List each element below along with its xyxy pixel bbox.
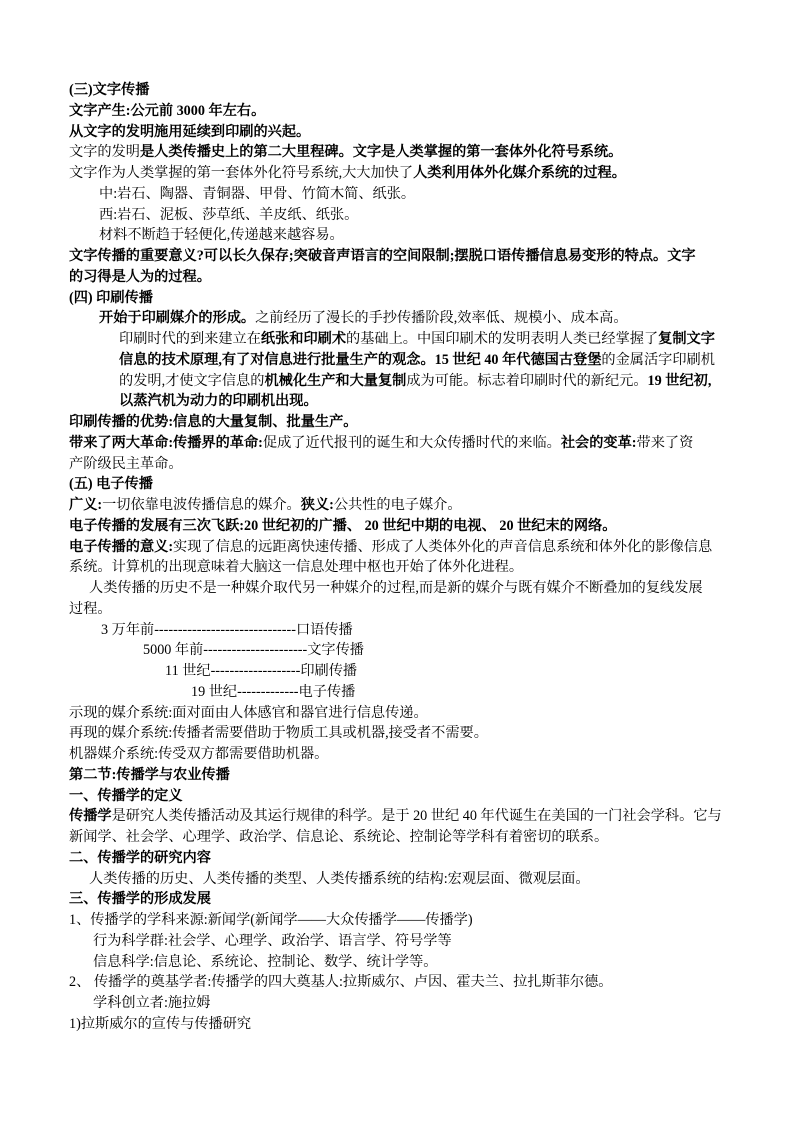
- bold-text-run: 复制文字: [658, 331, 715, 347]
- text-line: (五) 电子传播: [69, 474, 727, 495]
- text-line: 文字的发明是人类传播史上的第二大里程碑。文字是人类掌握的第一套体外化符号系统。: [69, 142, 727, 163]
- bold-text-run: 从文字的发明施用延续到印刷的兴起。: [69, 124, 310, 140]
- text-line: 11 世纪-------------------印刷传播: [69, 661, 727, 682]
- text-line: 二、传播学的研究内容: [69, 848, 727, 869]
- bold-text-run: 19 世纪初,: [648, 373, 712, 389]
- text-line: 西:岩石、泥板、莎草纸、羊皮纸、纸张。: [69, 205, 727, 226]
- text-run: 带来了资: [637, 435, 694, 451]
- text-line: 文字作为人类掌握的第一套体外化符号系统,大大加快了人类利用体外化媒介系统的过程。: [69, 163, 727, 184]
- bold-text-run: 电子传播的意义:: [69, 539, 173, 555]
- text-run: 机器媒介系统:传受双方都需要借助机器。: [69, 746, 328, 762]
- text-run: 材料不断趋于轻便化,传递越来越容易。: [99, 227, 344, 243]
- text-line: 电子传播的发展有三次飞跃:20 世纪初的广播、 20 世纪中期的电视、 20 世…: [69, 516, 727, 537]
- bold-text-run: 文字传播的重要意义?可以长久保存;突破音声语言的空间限制;摆脱口语传播信息易变形…: [69, 248, 696, 264]
- text-line: 19 世纪-------------电子传播: [69, 682, 727, 703]
- text-line: 2、 传播学的奠基学者:传播学的四大奠基人:拉斯威尔、卢因、霍夫兰、拉扎斯菲尔德…: [69, 972, 727, 993]
- bold-text-run: 一、传播学的定义: [69, 788, 183, 804]
- text-line: 印刷时代的到来建立在纸张和印刷术的基础上。中国印刷术的发明表明人类已经掌握了复制…: [69, 329, 727, 350]
- text-run: 3 万年前------------------------------口语传播: [101, 622, 353, 638]
- bold-text-run: 带来了两大革命:传播界的革命:: [69, 435, 263, 451]
- bold-text-run: 印刷传播的优势:信息的大量复制、批量生产。: [69, 414, 357, 430]
- text-line: 以蒸汽机为动力的印刷机出现。: [69, 391, 727, 412]
- text-run: 2、 传播学的奠基学者:传播学的四大奠基人:拉斯威尔、卢因、霍夫兰、拉扎斯菲尔德…: [69, 974, 612, 990]
- bold-text-run: 电子传播的发展有三次飞跃:20 世纪初的广播、 20 世纪中期的电视、 20 世…: [69, 518, 616, 534]
- text-line: 的习得是人为的过程。: [69, 267, 727, 288]
- bold-text-run: 开始于印刷媒介的形成。: [99, 310, 255, 326]
- text-line: 示现的媒介系统:面对面由人体感官和器官进行信息传递。: [69, 703, 727, 724]
- bold-text-run: 纸张和印刷术: [261, 331, 346, 347]
- bold-text-run: 第二节:传播学与农业传播: [69, 767, 230, 783]
- text-line: 材料不断趋于轻便化,传递越来越容易。: [69, 225, 727, 246]
- text-line: 的发明,才使文字信息的机械化生产和大量复制成为可能。标志着印刷时代的新纪元。19…: [69, 371, 727, 392]
- text-run: 再现的媒介系统:传播者需要借助于物质工具或机器,接受者不需要。: [69, 725, 488, 741]
- text-line: 传播学是研究人类传播活动及其运行规律的科学。是于 20 世纪 40 年代诞生在美…: [69, 806, 727, 827]
- text-run: 5000 年前----------------------文字传播: [143, 642, 364, 658]
- bold-text-run: 狭义:: [301, 497, 334, 513]
- text-run: 的金属活字印刷机: [601, 352, 715, 368]
- text-line: 3 万年前------------------------------口语传播: [69, 620, 727, 641]
- text-line: 过程。: [69, 599, 727, 620]
- bold-text-run: 社会的变革:: [561, 435, 637, 451]
- document-content: (三)文字传播文字产生:公元前 3000 年左右。从文字的发明施用延续到印刷的兴…: [69, 80, 727, 1035]
- text-line: 电子传播的意义:实现了信息的远距离快速传播、形成了人类体外化的声音信息系统和体外…: [69, 537, 727, 558]
- text-run: 促成了近代报刊的诞生和大众传播时代的来临。: [263, 435, 561, 451]
- text-run: 成为可能。标志着印刷时代的新纪元。: [406, 373, 647, 389]
- text-line: 人类传播的历史、人类传播的类型、人类传播系统的结构:宏观层面、微观层面。: [69, 869, 727, 890]
- text-line: 学科创立者:施拉姆: [69, 993, 727, 1014]
- bold-text-run: 的习得是人为的过程。: [69, 269, 211, 285]
- text-run: 人类传播的历史、人类传播的类型、人类传播系统的结构:宏观层面、微观层面。: [89, 871, 590, 887]
- text-line: 广义:一切依靠电波传播信息的媒介。狭义:公共性的电子媒介。: [69, 495, 727, 516]
- text-run: 信息科学:信息论、系统论、控制论、数学、统计学等。: [93, 954, 437, 970]
- text-line: 中:岩石、陶器、青铜器、甲骨、竹简木简、纸张。: [69, 184, 727, 205]
- bold-text-run: 文字产生:公元前 3000 年左右。: [69, 103, 265, 119]
- text-run: 印刷时代的到来建立在: [119, 331, 261, 347]
- text-run: 中:岩石、陶器、青铜器、甲骨、竹简木简、纸张。: [99, 186, 415, 202]
- text-run: 示现的媒介系统:面对面由人体感官和器官进行信息传递。: [69, 705, 428, 721]
- text-run: 公共性的电子媒介。: [334, 497, 462, 513]
- text-run: 的基础上。中国印刷术的发明表明人类已经掌握了: [346, 331, 658, 347]
- text-line: 从文字的发明施用延续到印刷的兴起。: [69, 122, 727, 143]
- text-line: (四) 印刷传播: [69, 288, 727, 309]
- text-line: 产阶级民主革命。: [69, 454, 727, 475]
- bold-text-run: (五) 电子传播: [69, 476, 153, 492]
- bold-text-run: 传播学: [69, 808, 112, 824]
- text-run: 一切依靠电波传播信息的媒介。: [102, 497, 301, 513]
- bold-text-run: 机械化生产和大量复制: [264, 373, 406, 389]
- text-line: 5000 年前----------------------文字传播: [69, 640, 727, 661]
- text-run: 产阶级民主革命。: [69, 456, 183, 472]
- text-run: 学科创立者:施拉姆: [93, 995, 210, 1011]
- text-line: 开始于印刷媒介的形成。之前经历了漫长的手抄传播阶段,效率低、规模小、成本高。: [69, 308, 727, 329]
- text-run: 过程。: [69, 601, 112, 617]
- text-line: 系统。计算机的出现意味着大脑这一信息处理中枢也开始了体外化进程。: [69, 557, 727, 578]
- text-line: 一、传播学的定义: [69, 786, 727, 807]
- text-run: 1)拉斯威尔的宣传与传播研究: [69, 1016, 251, 1032]
- text-line: 信息科学:信息论、系统论、控制论、数学、统计学等。: [69, 952, 727, 973]
- bold-text-run: (三)文字传播: [69, 82, 149, 98]
- text-line: 带来了两大革命:传播界的革命:促成了近代报刊的诞生和大众传播时代的来临。社会的变…: [69, 433, 727, 454]
- text-run: 行为科学群:社会学、心理学、政治学、语言学、符号学等: [93, 933, 452, 949]
- text-line: 行为科学群:社会学、心理学、政治学、语言学、符号学等: [69, 931, 727, 952]
- text-run: 系统。计算机的出现意味着大脑这一信息处理中枢也开始了体外化进程。: [69, 559, 523, 575]
- text-line: (三)文字传播: [69, 80, 727, 101]
- bold-text-run: 广义:: [69, 497, 102, 513]
- text-line: 第二节:传播学与农业传播: [69, 765, 727, 786]
- text-line: 新闻学、社会学、心理学、政治学、信息论、系统论、控制论等学科有着密切的联系。: [69, 827, 727, 848]
- text-line: 信息的技术原理,有了对信息进行批量生产的观念。15 世纪 40 年代德国古登堡的…: [69, 350, 727, 371]
- text-line: 再现的媒介系统:传播者需要借助于物质工具或机器,接受者不需要。: [69, 723, 727, 744]
- text-run: 1、传播学的学科来源:新闻学(新闻学——大众传播学——传播学): [69, 912, 473, 928]
- text-run: 的发明,才使文字信息的: [119, 373, 264, 389]
- text-run: 是研究人类传播活动及其运行规律的科学。是于 20 世纪 40 年代诞生在美国的一…: [112, 808, 722, 824]
- text-line: 三、传播学的形成发展: [69, 889, 727, 910]
- text-run: 新闻学、社会学、心理学、政治学、信息论、系统论、控制论等学科有着密切的联系。: [69, 829, 608, 845]
- text-line: 文字产生:公元前 3000 年左右。: [69, 101, 727, 122]
- text-run: 人类传播的历史不是一种媒介取代另一种媒介的过程,而是新的媒介与既有媒介不断叠加的…: [89, 580, 703, 596]
- text-run: 实现了信息的远距离快速传播、形成了人类体外化的声音信息系统和体外化的影像信息: [173, 539, 712, 555]
- text-line: 印刷传播的优势:信息的大量复制、批量生产。: [69, 412, 727, 433]
- text-run: 文字的发明: [69, 144, 140, 160]
- text-run: 19 世纪-------------电子传播: [191, 684, 355, 700]
- bold-text-run: 二、传播学的研究内容: [69, 850, 211, 866]
- bold-text-run: 以蒸汽机为动力的印刷机出现。: [119, 393, 318, 409]
- document-page: (三)文字传播文字产生:公元前 3000 年左右。从文字的发明施用延续到印刷的兴…: [0, 0, 793, 1122]
- bold-text-run: 是人类传播史上的第二大里程碑。文字是人类掌握的第一套体外化符号系统。: [140, 144, 622, 160]
- text-run: 11 世纪-------------------印刷传播: [165, 663, 357, 679]
- text-line: 文字传播的重要意义?可以长久保存;突破音声语言的空间限制;摆脱口语传播信息易变形…: [69, 246, 727, 267]
- bold-text-run: (四) 印刷传播: [69, 290, 153, 306]
- bold-text-run: 信息的技术原理,有了对信息进行批量生产的观念。15 世纪 40 年代德国古登堡: [119, 352, 601, 368]
- text-run: 之前经历了漫长的手抄传播阶段,效率低、规模小、成本高。: [255, 310, 627, 326]
- text-run: 西:岩石、泥板、莎草纸、羊皮纸、纸张。: [99, 207, 358, 223]
- bold-text-run: 人类利用体外化媒介系统的过程。: [413, 165, 626, 181]
- text-line: 机器媒介系统:传受双方都需要借助机器。: [69, 744, 727, 765]
- text-run: 文字作为人类掌握的第一套体外化符号系统,大大加快了: [69, 165, 413, 181]
- bold-text-run: 三、传播学的形成发展: [69, 891, 211, 907]
- text-line: 1、传播学的学科来源:新闻学(新闻学——大众传播学——传播学): [69, 910, 727, 931]
- text-line: 人类传播的历史不是一种媒介取代另一种媒介的过程,而是新的媒介与既有媒介不断叠加的…: [69, 578, 727, 599]
- text-line: 1)拉斯威尔的宣传与传播研究: [69, 1014, 727, 1035]
